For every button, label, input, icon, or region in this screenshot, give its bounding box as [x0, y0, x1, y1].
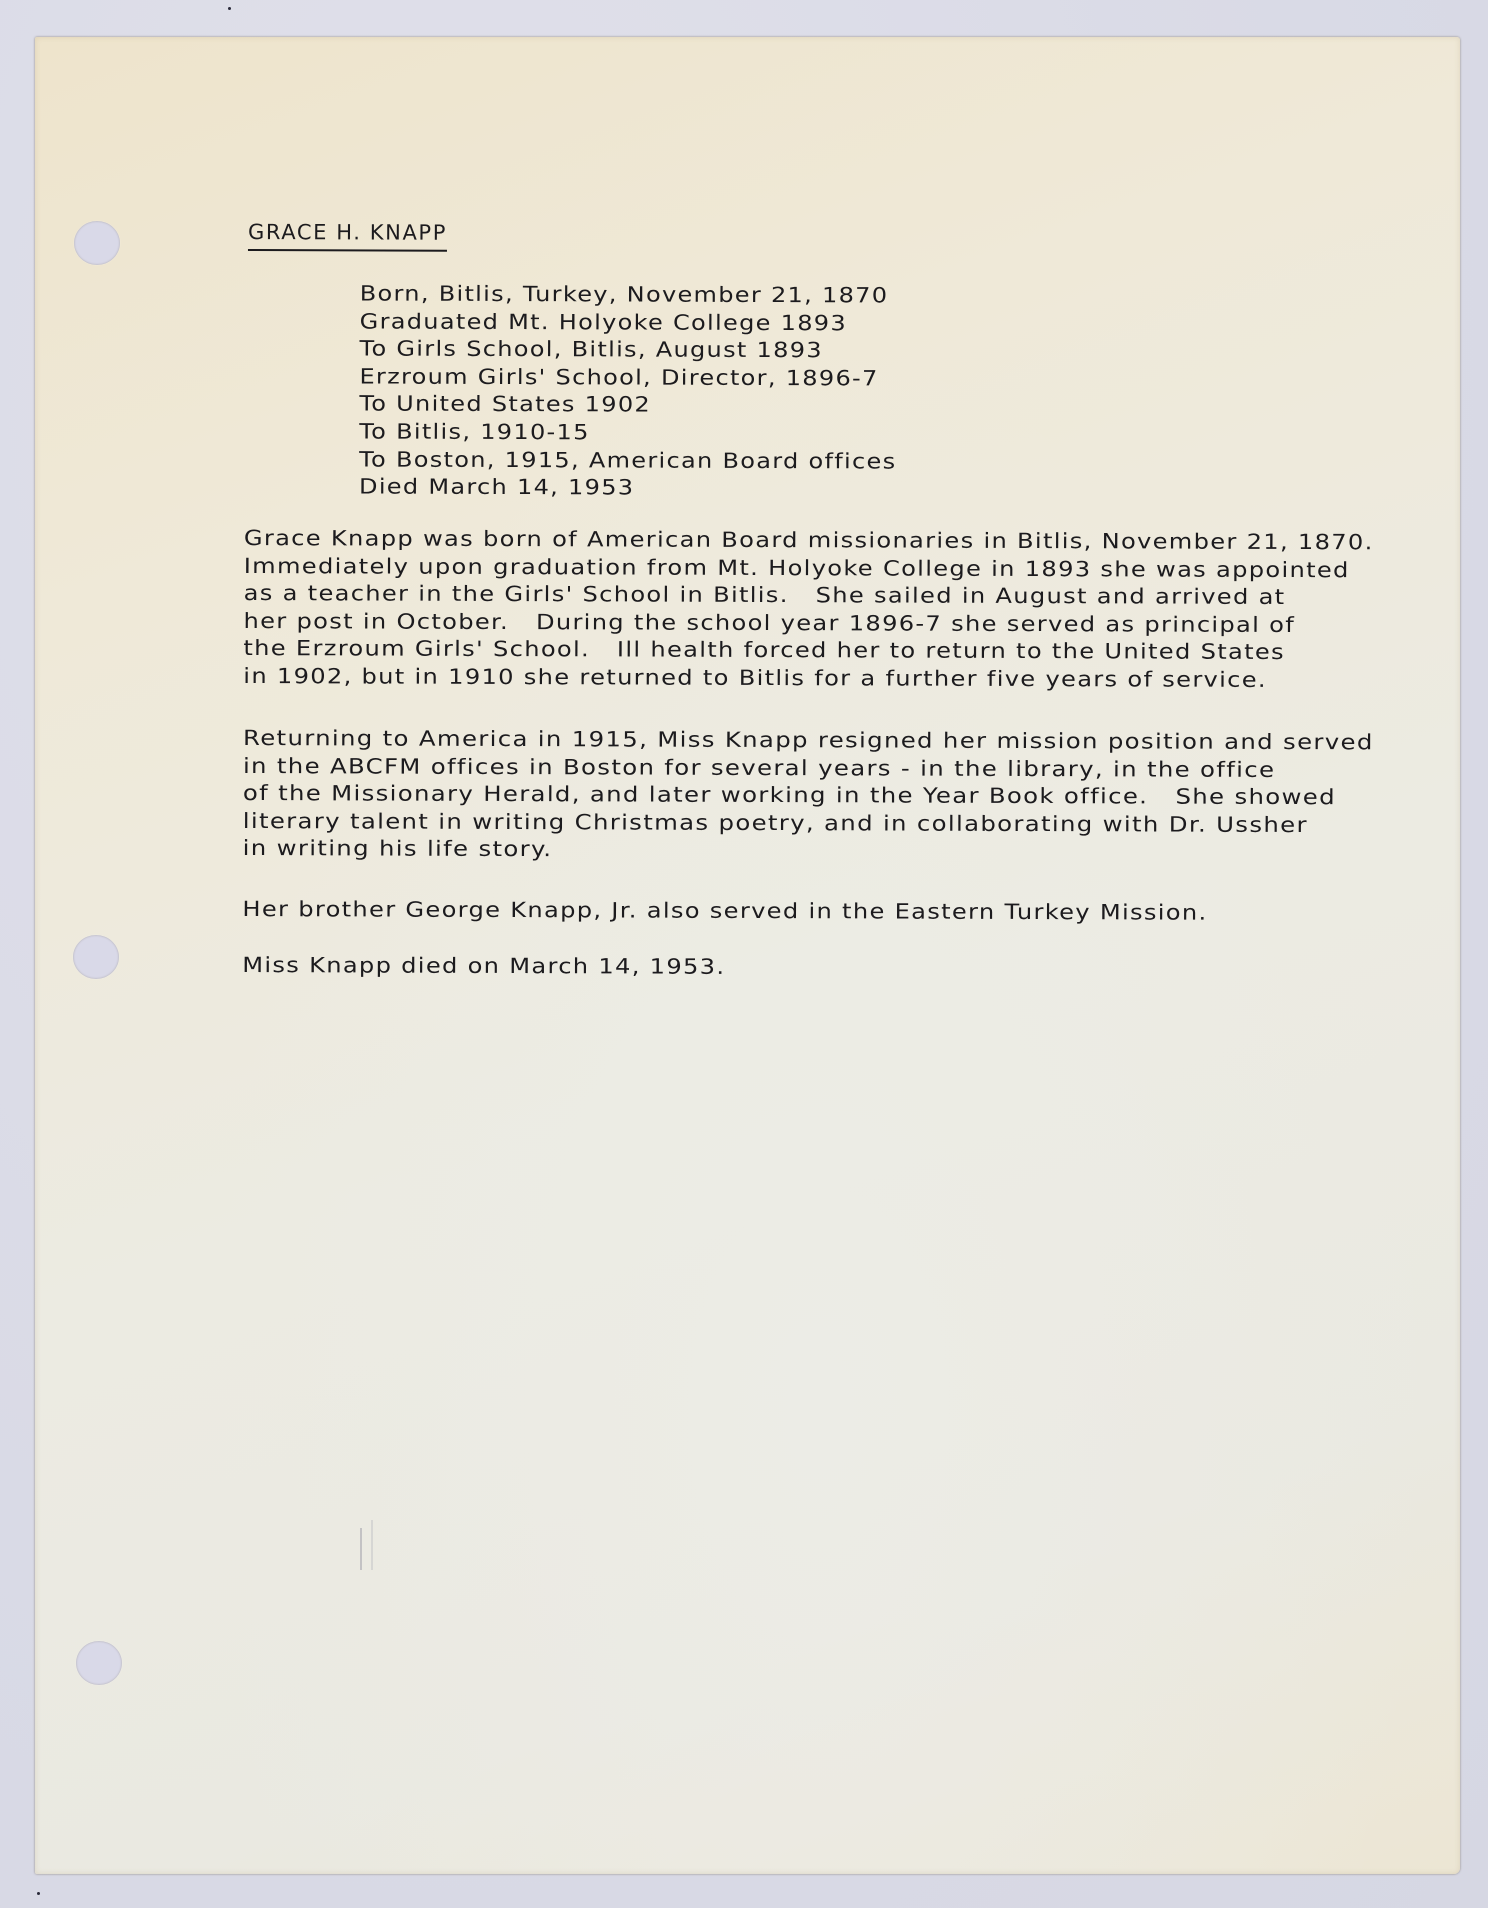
fact-bitlis: To Bitlis, 1910-15: [359, 418, 896, 448]
text-line: as a teacher in the Girls' School in Bit…: [244, 580, 1374, 612]
text-line: in 1902, but in 1910 she returned to Bit…: [243, 662, 1373, 694]
text-line: Returning to America in 1915, Miss Knapp…: [243, 725, 1374, 757]
fact-boston: To Boston, 1915, American Board offices: [359, 446, 896, 476]
fact-graduated: Graduated Mt. Holyoke College 1893: [360, 308, 897, 338]
biographical-facts-list: Born, Bitlis, Turkey, November 21, 1870 …: [359, 280, 897, 503]
fact-united-states: To United States 1902: [359, 391, 896, 421]
fact-erzroum: Erzroum Girls' School, Director, 1896-7: [359, 363, 896, 393]
text-line: literary talent in writing Christmas poe…: [243, 807, 1374, 839]
text-line: the Erzroum Girls' School. Ill health fo…: [243, 635, 1373, 667]
fact-born: Born, Bitlis, Turkey, November 21, 1870: [360, 280, 897, 310]
fact-died: Died March 14, 1953: [359, 474, 896, 504]
text-line: Immediately upon graduation from Mt. Hol…: [244, 552, 1374, 584]
paragraph-early-life: Grace Knapp was born of American Board m…: [243, 525, 1373, 694]
text-line: of the Missionary Herald, and later work…: [243, 780, 1374, 812]
paragraph-boston-years: Returning to America in 1915, Miss Knapp…: [243, 725, 1374, 867]
typed-text: GRACE H. KNAPP Born, Bitlis, Turkey, Nov…: [0, 0, 1488, 1908]
paragraph-brother: Her brother George Knapp, Jr. also serve…: [242, 896, 1207, 927]
text-line: Miss Knapp died on March 14, 1953.: [242, 952, 725, 981]
text-line: Her brother George Knapp, Jr. also serve…: [242, 896, 1207, 927]
text-line: in writing his life story.: [243, 835, 1374, 867]
page-title: GRACE H. KNAPP: [248, 219, 447, 252]
text-line: in the ABCFM offices in Boston for sever…: [243, 752, 1374, 784]
paragraph-death: Miss Knapp died on March 14, 1953.: [242, 952, 725, 981]
text-line: Grace Knapp was born of American Board m…: [244, 525, 1374, 557]
text-line: her post in October. During the school y…: [243, 607, 1373, 639]
fact-girls-school: To Girls School, Bitlis, August 1893: [360, 336, 897, 366]
